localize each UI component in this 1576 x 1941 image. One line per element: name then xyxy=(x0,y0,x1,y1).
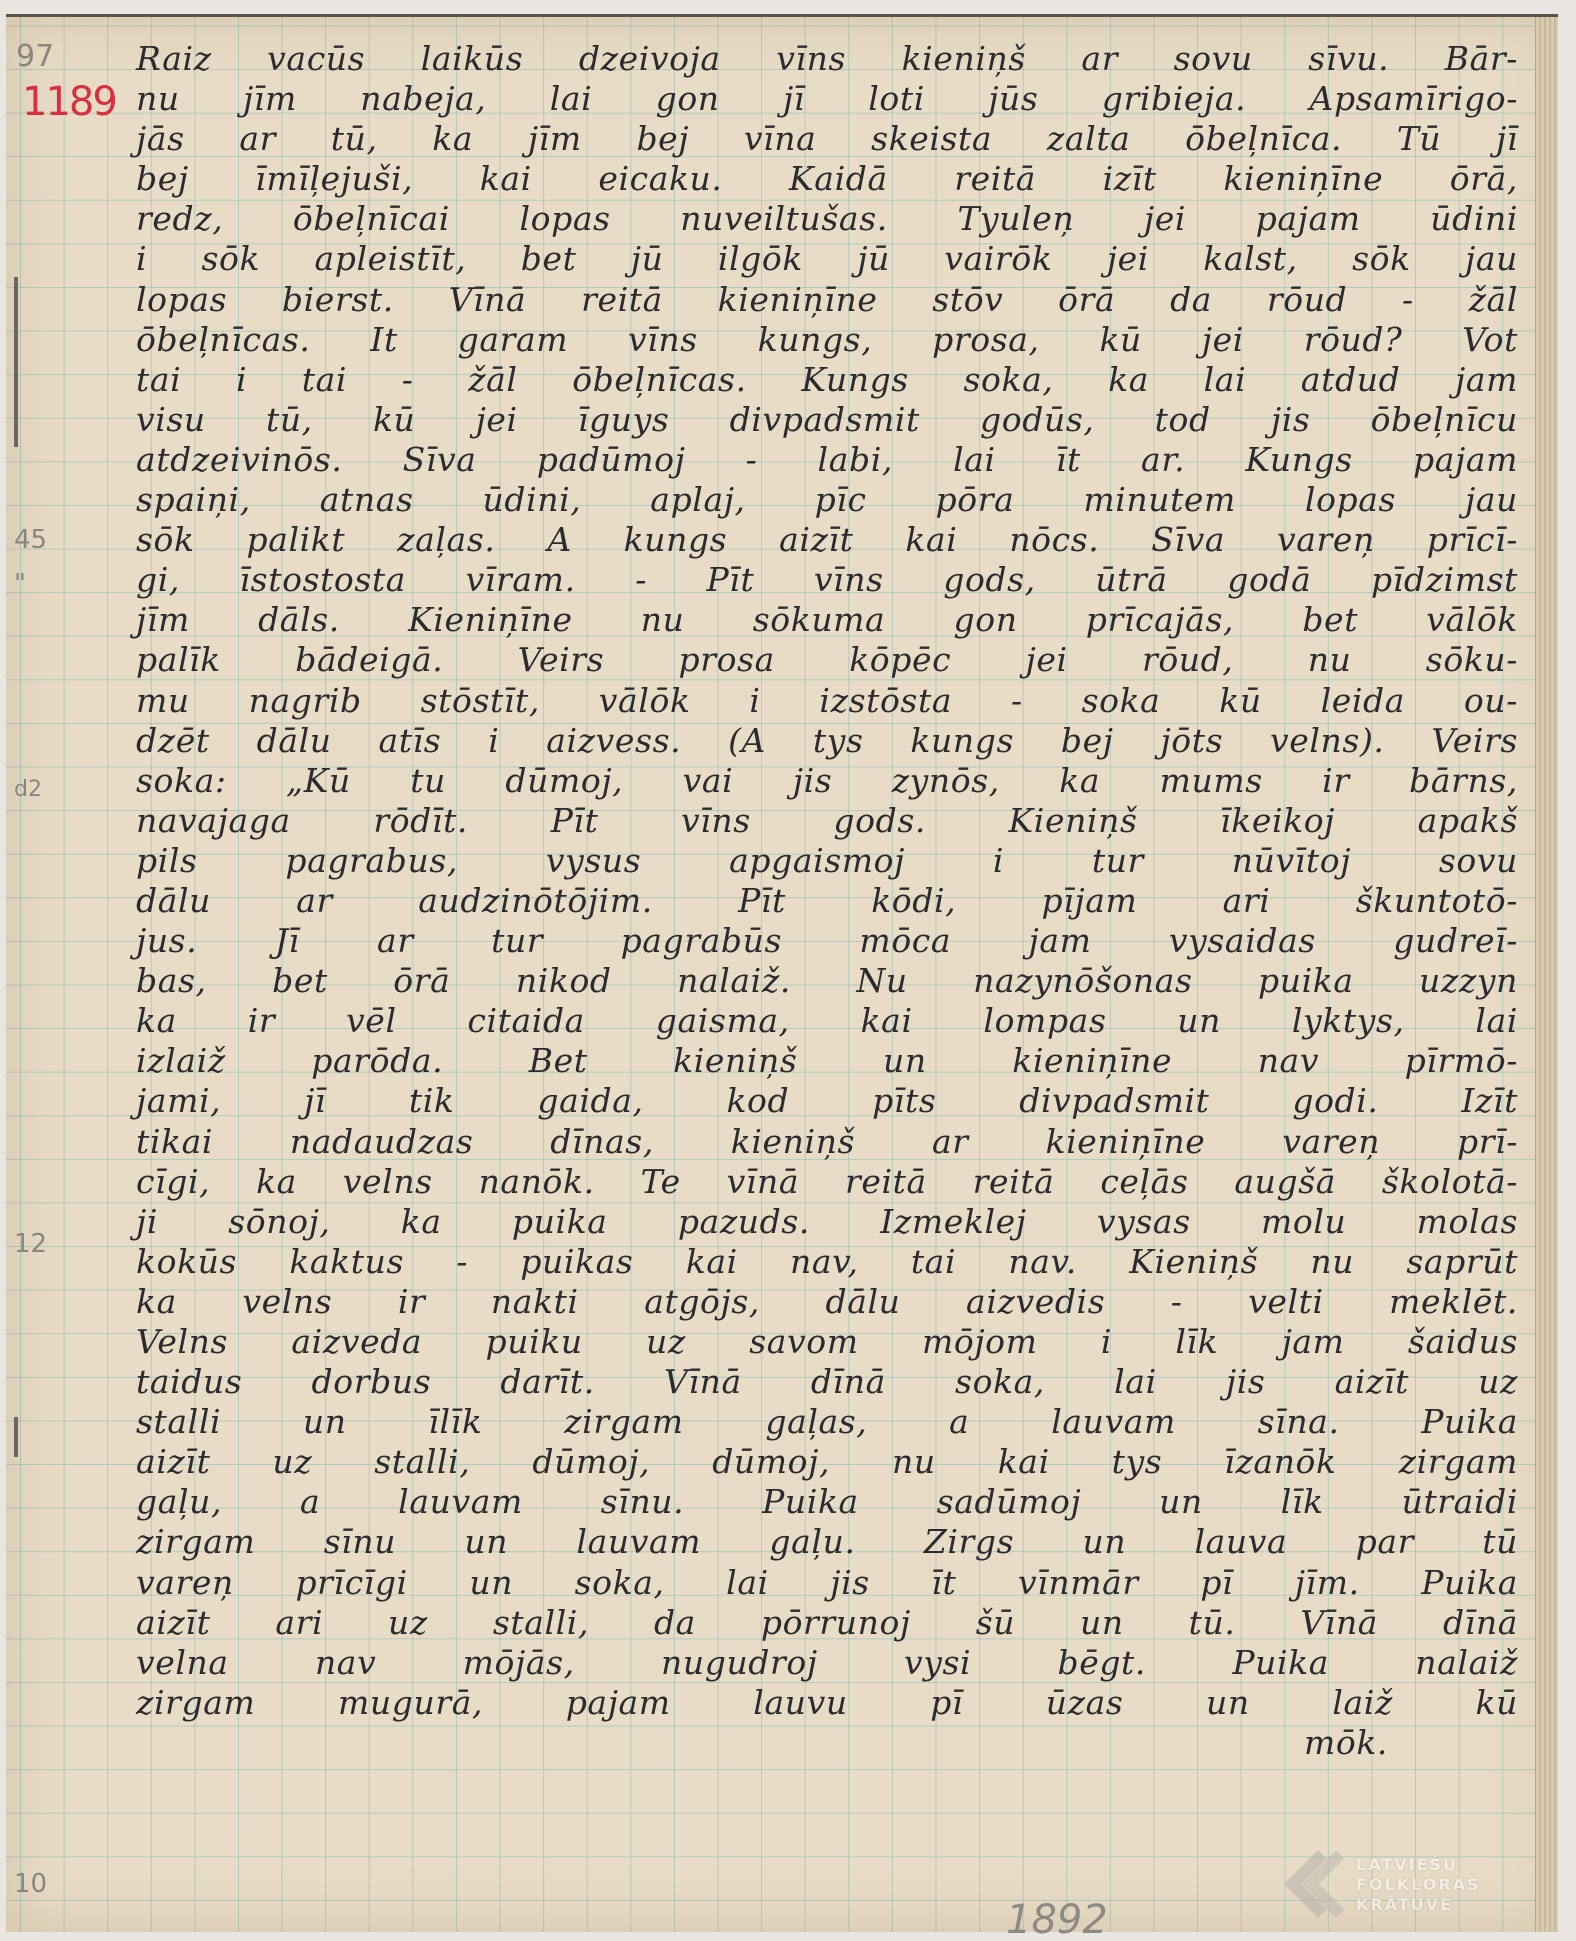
text-line: gaļu, a lauvam sīnu. Puika sadūmoj un lī… xyxy=(136,1482,1518,1522)
text-line: pils pagrabus, vysus apgaismoj i tur nūv… xyxy=(136,841,1518,881)
text-line: Raiz vacūs laikūs dzeivoja vīns kieniņš … xyxy=(136,39,1518,79)
text-line: zirgam mugurā, pajam lauvu pī ūzas un la… xyxy=(136,1683,1518,1723)
watermark-line: KRĀTUVE xyxy=(1356,1895,1481,1915)
text-line: aizīt uz stalli, dūmoj, dūmoj, nu kai ty… xyxy=(136,1442,1518,1482)
text-line: bas, bet ōrā nikod nalaiž. Nu nazynōšona… xyxy=(136,961,1518,1001)
archive-number: 1189 xyxy=(22,79,116,125)
text-line: spaiņi, atnas ūdini, aplaj, pīc pōra min… xyxy=(136,480,1518,520)
text-line: velna nav mōjās, nugudroj vysi bēgt. Pui… xyxy=(136,1643,1518,1683)
text-line: tai i tai - žāl ōbeļnīcas. Kungs soka, k… xyxy=(136,360,1518,400)
text-line: tikai nadaudzas dīnas, kieniņš ar kieniņ… xyxy=(136,1122,1518,1162)
binding-mark xyxy=(14,277,18,447)
manuscript-page: 97 1189 45 " d2 12 10 Raiz vacūs laikūs … xyxy=(6,14,1558,1932)
text-line: jami, jī tik gaida, kod pīts divpadsmit … xyxy=(136,1081,1518,1121)
archive-watermark: LATVIEŠU FOLKLORAS KRĀTUVE xyxy=(1278,1846,1528,1924)
text-line: jās ar tū, ka jīm bej vīna skeista zalta… xyxy=(136,119,1518,159)
text-line: visu tū, kū jei īguys divpadsmit godūs, … xyxy=(136,400,1518,440)
text-line: dālu ar audzinōtōjim. Pīt kōdi, pījam ar… xyxy=(136,881,1518,921)
text-line: dzēt dālu atīs i aizvess. (A tys kungs b… xyxy=(136,721,1518,761)
text-line: Velns aizveda puiku uz savom mōjom i līk… xyxy=(136,1322,1518,1362)
text-line: aizīt ari uz stalli, da pōrrunoj šū un t… xyxy=(136,1603,1518,1643)
text-line: kokūs kaktus - puikas kai nav, tai nav. … xyxy=(136,1242,1518,1282)
watermark-text: LATVIEŠU FOLKLORAS KRĀTUVE xyxy=(1356,1855,1481,1915)
margin-note: d2 xyxy=(14,777,42,802)
text-line: mu nagrib stōstīt, vālōk i izstōsta - so… xyxy=(136,681,1518,721)
margin-note: " xyxy=(14,569,26,599)
binding-mark xyxy=(14,1417,18,1457)
text-line: izlaiž parōda. Bet kieniņš un kieniņīne … xyxy=(136,1041,1518,1081)
text-line: jus. Jī ar tur pagrabūs mōca jam vysaida… xyxy=(136,921,1518,961)
margin-note-top: 97 xyxy=(16,39,54,74)
text-line: stalli un īlīk zirgam gaļas, a lauvam sī… xyxy=(136,1402,1518,1442)
watermark-line: FOLKLORAS xyxy=(1356,1875,1481,1895)
margin-note: 45 xyxy=(14,525,47,555)
text-line: bej īmīļejuši, kai eicaku. Kaidā reitā i… xyxy=(136,159,1518,199)
text-line: i sōk apleistīt, bet jū ilgōk jū vairōk … xyxy=(136,239,1518,279)
text-line: palīk bādeigā. Veirs prosa kōpēc jei rōu… xyxy=(136,640,1518,680)
text-line: redz, ōbeļnīcai lopas nuveiltušas. Tyule… xyxy=(136,199,1518,239)
text-line: ka ir vēl citaida gaisma, kai lompas un … xyxy=(136,1001,1518,1041)
pencil-page-number: 1892 xyxy=(1006,1897,1108,1941)
text-line: ōbeļnīcas. It garam vīns kungs, prosa, k… xyxy=(136,320,1518,360)
text-line: jīm dāls. Kieniņīne nu sōkuma gon prīcaj… xyxy=(136,600,1518,640)
text-line: sōk palikt zaļas. A kungs aizīt kai nōcs… xyxy=(136,520,1518,560)
text-line: gi, īstostosta vīram. - Pīt vīns gods, ū… xyxy=(136,560,1518,600)
text-line: ka velns ir nakti atgōjs, dālu aizvedis … xyxy=(136,1282,1518,1322)
page-edge xyxy=(1535,17,1558,1932)
text-line-final: mōk. xyxy=(136,1723,1518,1763)
text-line: nu jīm nabeja, lai gon jī loti jūs gribi… xyxy=(136,79,1518,119)
text-line: vareņ prīcīgi un soka, lai jis īt vīnmār… xyxy=(136,1563,1518,1603)
text-line: zirgam sīnu un lauvam gaļu. Zirgs un lau… xyxy=(136,1522,1518,1562)
text-line: atdzeivinōs. Sīva padūmoj - labi, lai īt… xyxy=(136,440,1518,480)
margin-note: 10 xyxy=(14,1869,47,1899)
text-line: cīgi, ka velns nanōk. Te vīnā reitā reit… xyxy=(136,1162,1518,1202)
margin-note: 12 xyxy=(14,1229,47,1259)
text-line: taidus dorbus darīt. Vīnā dīnā soka, lai… xyxy=(136,1362,1518,1402)
watermark-line: LATVIEŠU xyxy=(1356,1855,1481,1875)
folklore-archive-logo-icon xyxy=(1278,1850,1348,1920)
text-line: soka: „Kū tu dūmoj, vai jis zynōs, ka mu… xyxy=(136,761,1518,801)
handwritten-text: Raiz vacūs laikūs dzeivoja vīns kieniņš … xyxy=(136,39,1518,1763)
text-line: lopas bierst. Vīnā reitā kieniņīne stōv … xyxy=(136,280,1518,320)
text-line: navajaga rōdīt. Pīt vīns gods. Kieniņš ī… xyxy=(136,801,1518,841)
text-line: ji sōnoj, ka puika pazuds. Izmeklej vysa… xyxy=(136,1202,1518,1242)
